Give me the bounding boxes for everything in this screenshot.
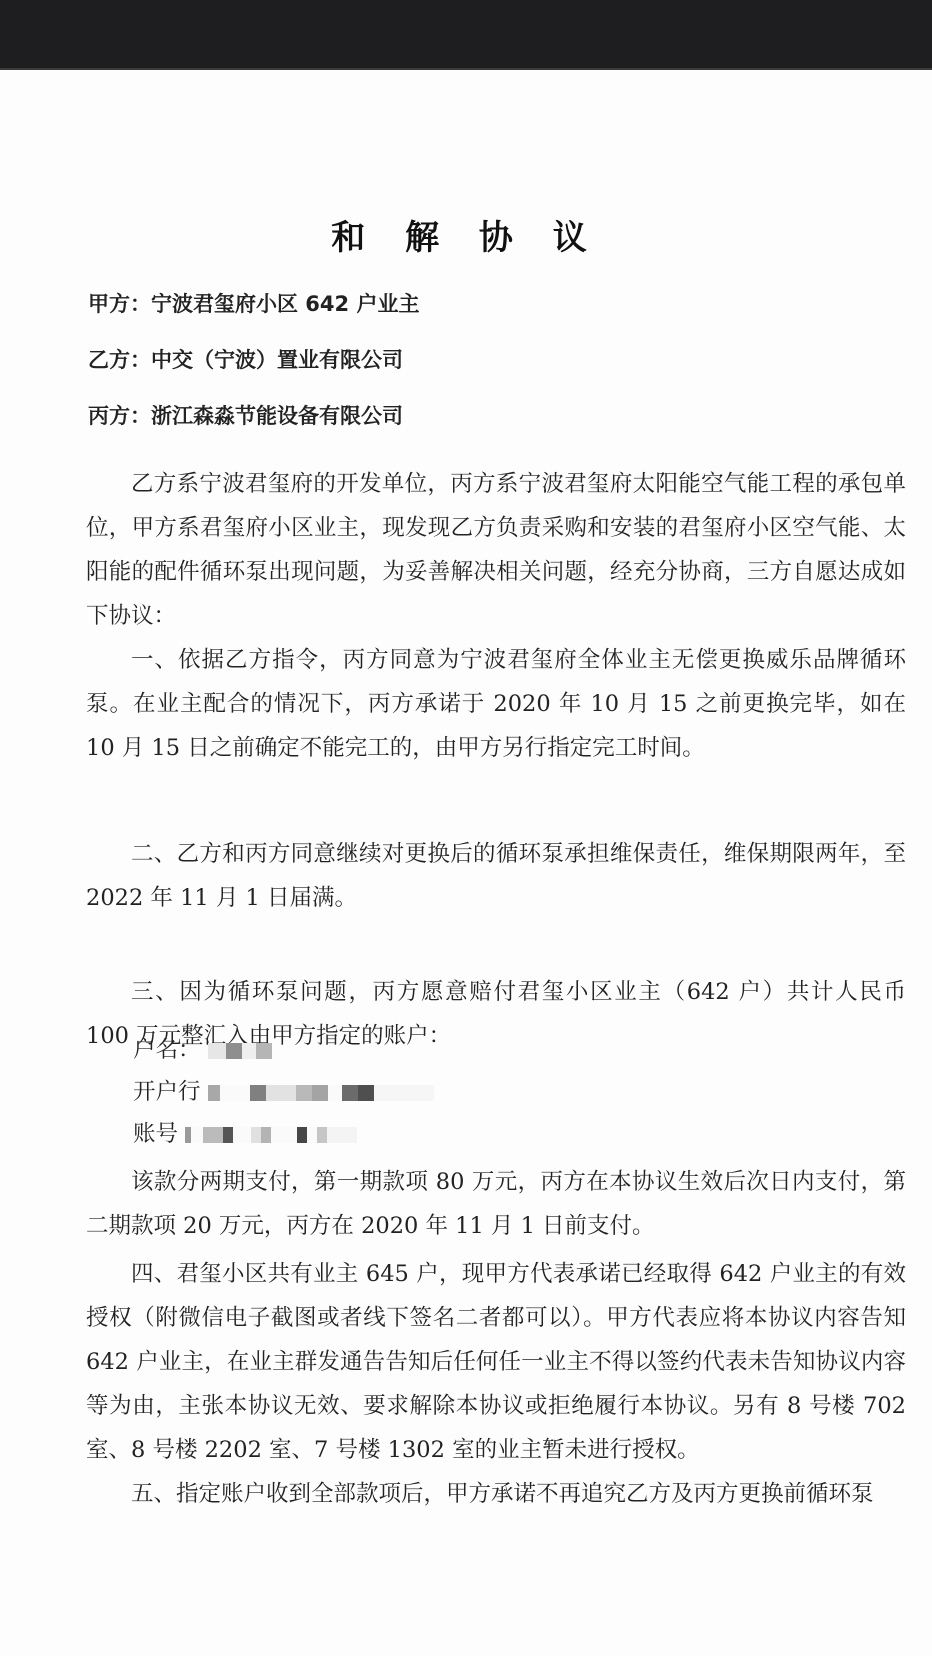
account-name-label: 户名： xyxy=(133,1037,201,1063)
payment-terms: 该款分两期支付，第一期款项 80 万元，丙方在本协议生效后次日内支付，第二期款项… xyxy=(86,1160,906,1248)
clause-1: 一、依据乙方指令，丙方同意为宁波君玺府全体业主无偿更换威乐品牌循环泵。在业主配合… xyxy=(86,638,906,770)
bank-row: 开户行 xyxy=(133,1074,434,1106)
document-page: 和 解 协 议 甲方：宁波君玺府小区 642 户业主 乙方：中交（宁波）置业有限… xyxy=(0,70,932,1656)
clause-5-partial: 五、指定账户收到全部款项后，甲方承诺不再追究乙方及丙方更换前循环泵 xyxy=(86,1472,906,1516)
party-a-label: 甲方： xyxy=(88,292,151,316)
top-bar xyxy=(0,0,932,70)
bank-label: 开户行 xyxy=(133,1079,201,1105)
redacted-account-number xyxy=(185,1121,357,1147)
preamble-paragraph: 乙方系宁波君玺府的开发单位，丙方系宁波君玺府太阳能空气能工程的承包单位，甲方系君… xyxy=(86,462,906,638)
party-a: 甲方：宁波君玺府小区 642 户业主 xyxy=(88,288,419,318)
party-c: 丙方：浙江森淼节能设备有限公司 xyxy=(88,400,403,430)
party-a-name: 宁波君玺府小区 642 户业主 xyxy=(151,292,419,316)
redacted-account-name xyxy=(208,1037,272,1063)
document-title: 和 解 协 议 xyxy=(0,210,932,259)
account-number-label: 账号 xyxy=(133,1121,178,1147)
party-c-label: 丙方： xyxy=(88,404,151,428)
redacted-bank xyxy=(208,1079,434,1105)
account-name-row: 户名： xyxy=(133,1032,272,1064)
clause-4: 四、君玺小区共有业主 645 户，现甲方代表承诺已经取得 642 户业主的有效授… xyxy=(86,1252,906,1472)
party-b-name: 中交（宁波）置业有限公司 xyxy=(151,348,403,372)
party-c-name: 浙江森淼节能设备有限公司 xyxy=(151,404,403,428)
party-b-label: 乙方： xyxy=(88,348,151,372)
clause-2: 二、乙方和丙方同意继续对更换后的循环泵承担维保责任，维保期限两年，至 2022 … xyxy=(86,832,906,920)
account-number-row: 账号 xyxy=(133,1116,357,1148)
party-b: 乙方：中交（宁波）置业有限公司 xyxy=(88,344,403,374)
